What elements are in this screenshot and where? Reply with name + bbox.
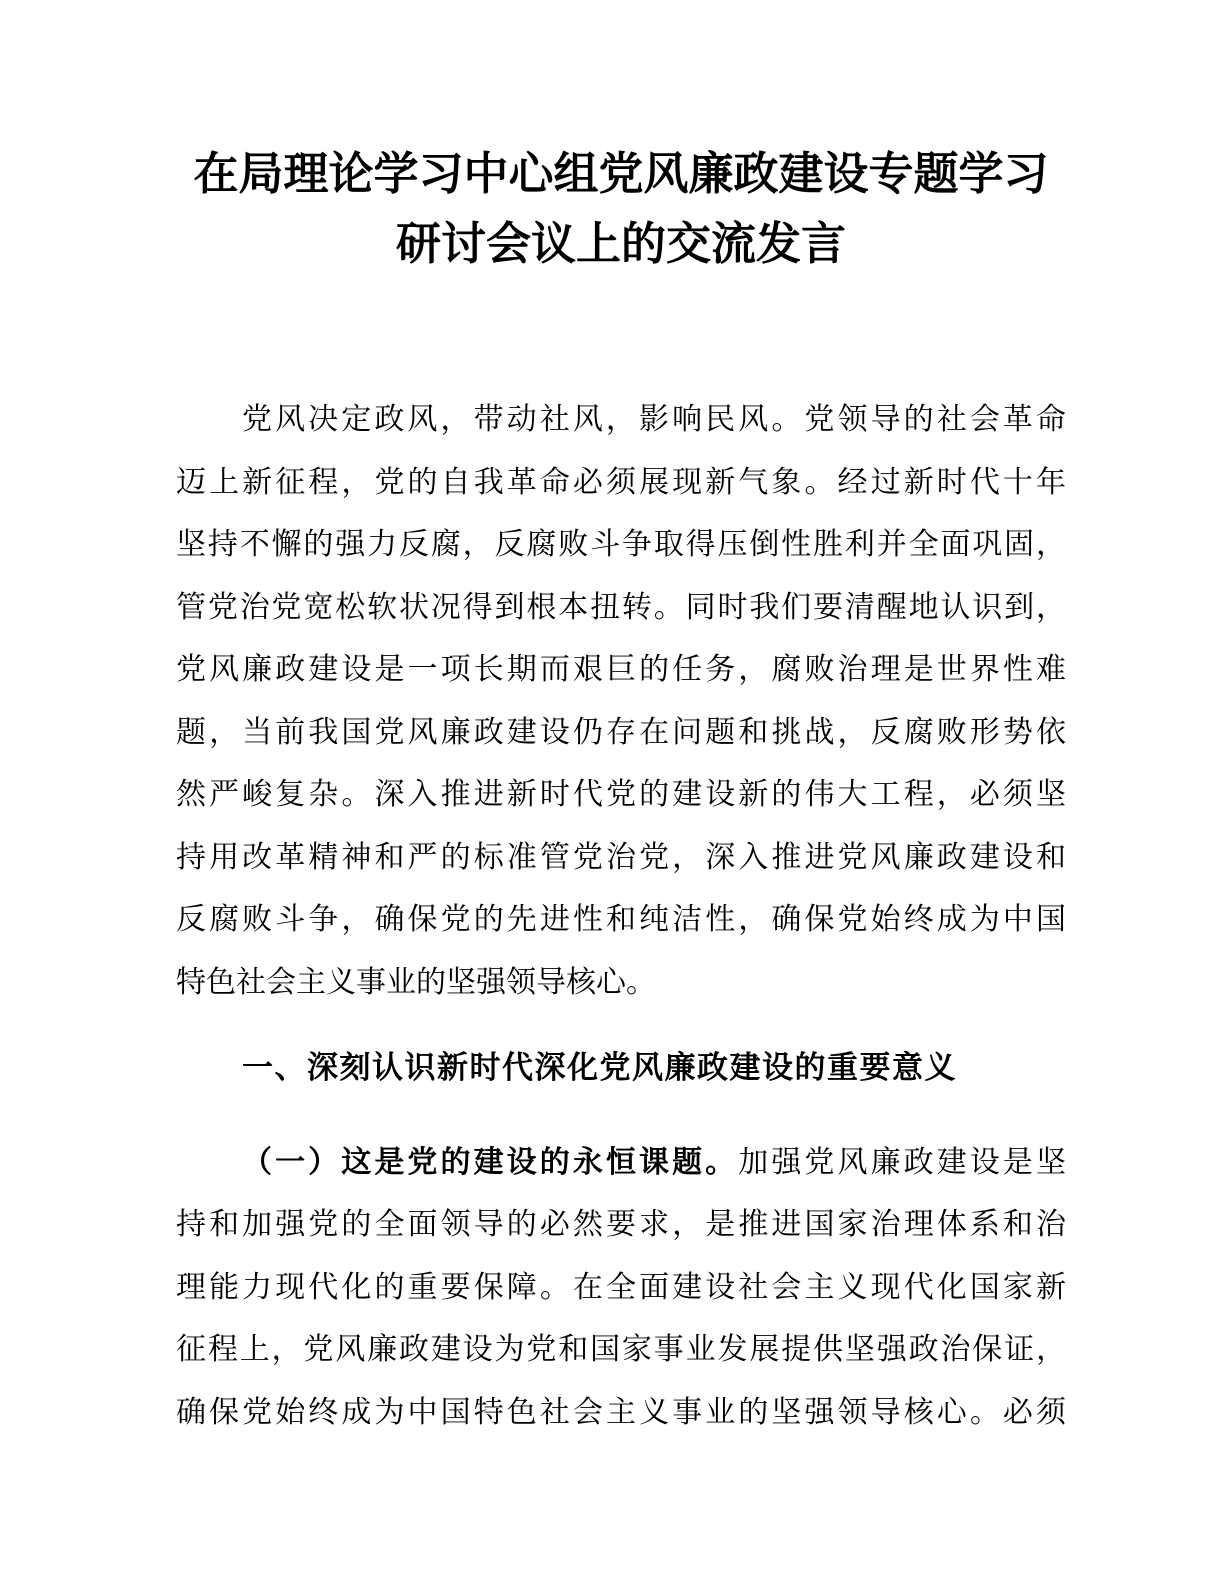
document-title-line-2: 研讨会议上的交流发言 xyxy=(176,209,1066,279)
document-title: 在局理论学习中心组党风廉政建设专题学习 研讨会议上的交流发言 xyxy=(176,0,1066,279)
text-line: 然严峻复杂。深入推进新时代党的建设新的伟大工程，必须坚 xyxy=(176,764,1066,827)
text-line: 迈上新征程，党的自我革命必须展现新气象。经过新时代十年 xyxy=(176,452,1066,515)
text-line: 坚持不懈的强力反腐，反腐败斗争取得压倒性胜利并全面巩固， xyxy=(176,514,1066,577)
text-line: 党风决定政风，带动社风，影响民风。党领导的社会革命 xyxy=(176,389,1066,452)
text-line: 持和加强党的全面领导的必然要求，是推进国家治理体系和治 xyxy=(176,1194,1066,1257)
document-content: 在局理论学习中心组党风廉政建设专题学习 研讨会议上的交流发言 党风决定政风，带动… xyxy=(176,0,1066,1444)
text-line: 反腐败斗争，确保党的先进性和纯洁性，确保党始终成为中国 xyxy=(176,889,1066,952)
document-title-line-1: 在局理论学习中心组党风廉政建设专题学习 xyxy=(176,139,1066,209)
text-line: 确保党始终成为中国特色社会主义事业的坚强领导核心。必须 xyxy=(176,1382,1066,1445)
intro-paragraph: 党风决定政风，带动社风，影响民风。党领导的社会革命 迈上新征程，党的自我革命必须… xyxy=(176,389,1066,1014)
text-line: 题，当前我国党风廉政建设仍存在问题和挑战，反腐败形势依 xyxy=(176,702,1066,765)
sub-paragraph-lead-rest: 加强党风廉政建设是坚 xyxy=(738,1146,1066,1179)
text-line: 特色社会主义事业的坚强领导核心。 xyxy=(176,952,1066,1015)
document-page: 在局理论学习中心组党风廉政建设专题学习 研讨会议上的交流发言 党风决定政风，带动… xyxy=(0,0,1224,1584)
text-line: 持用改革精神和严的标准管党治党，深入推进党风廉政建设和 xyxy=(176,827,1066,890)
section-1-sub-paragraph-1: （一）这是党的建设的永恒课题。加强党风廉政建设是坚 持和加强党的全面领导的必然要… xyxy=(176,1132,1066,1445)
text-line: 理能力现代化的重要保障。在全面建设社会主义现代化国家新 xyxy=(176,1257,1066,1320)
section-1-heading: 一、深刻认识新时代深化党风廉政建设的重要意义 xyxy=(176,1037,1066,1100)
text-line: 管党治党宽松软状况得到根本扭转。同时我们要清醒地认识到， xyxy=(176,577,1066,640)
text-line: 征程上，党风廉政建设为党和国家事业发展提供坚强政治保证， xyxy=(176,1319,1066,1382)
text-line: （一）这是党的建设的永恒课题。加强党风廉政建设是坚 xyxy=(176,1132,1066,1195)
sub-paragraph-lead: （一）这是党的建设的永恒课题。 xyxy=(242,1146,738,1179)
text-line: 党风廉政建设是一项长期而艰巨的任务，腐败治理是世界性难 xyxy=(176,639,1066,702)
